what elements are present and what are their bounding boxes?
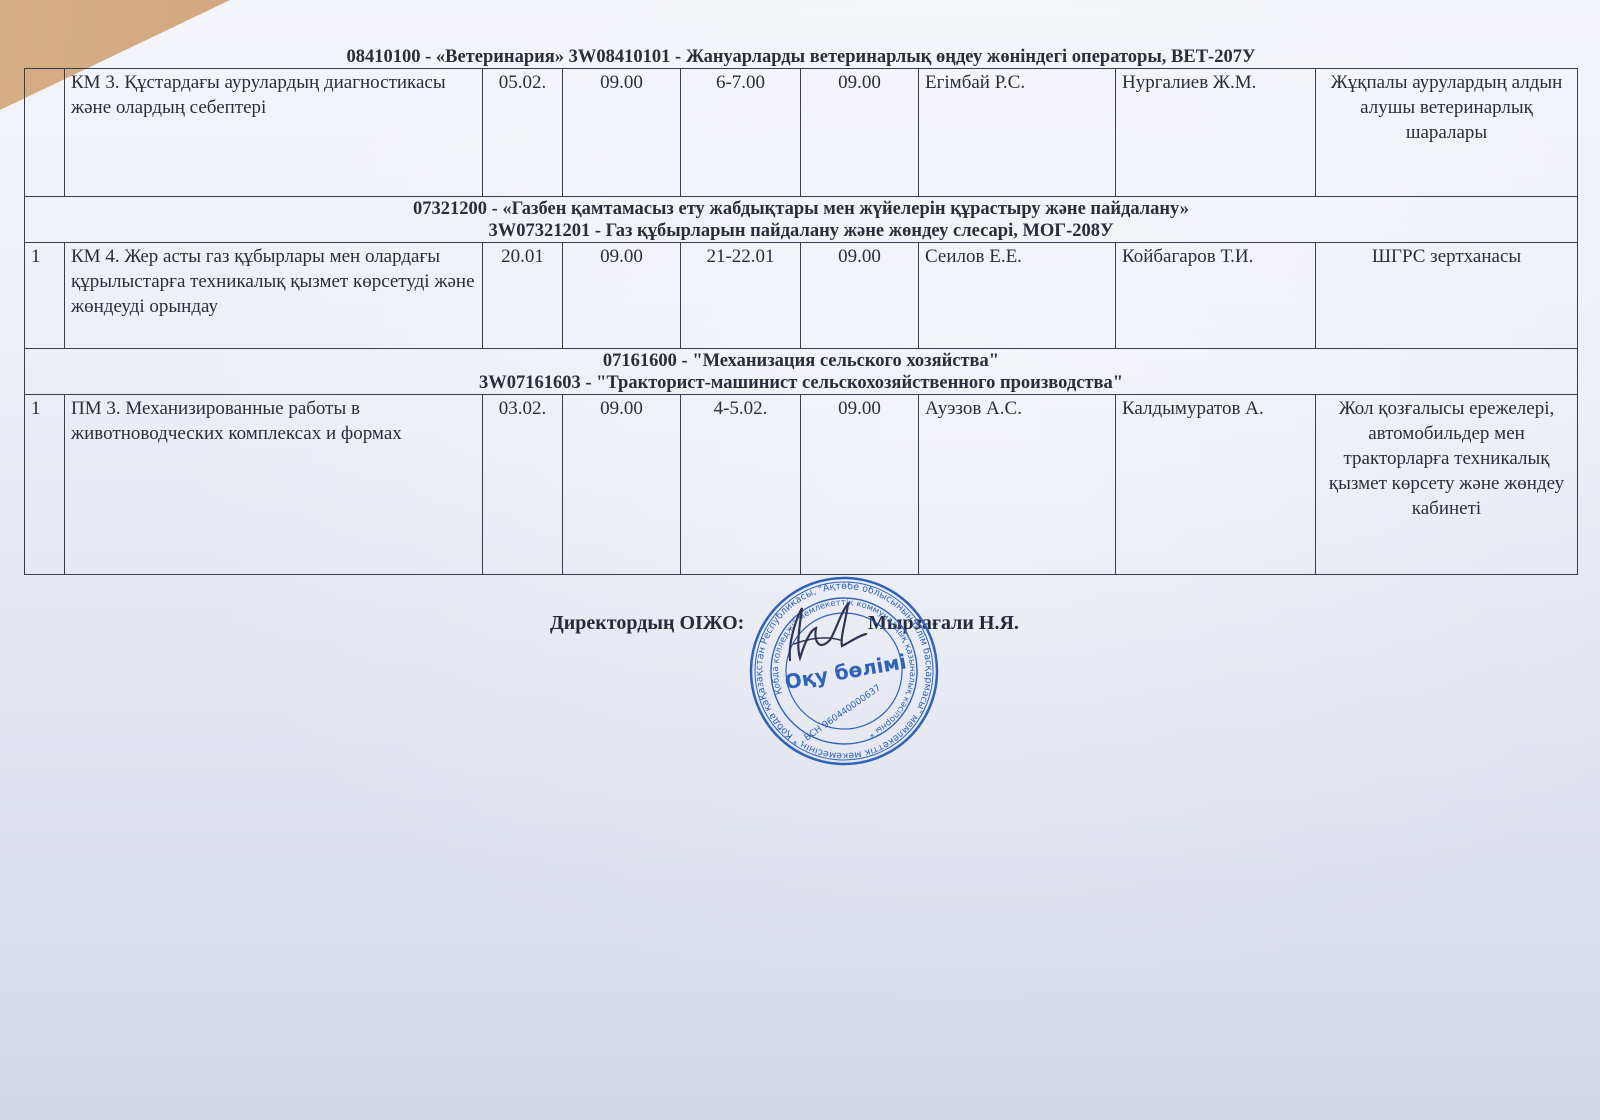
row-number: 1 bbox=[25, 243, 65, 349]
row-number: 1 bbox=[25, 69, 65, 197]
section-header-gas: 07321200 - «Газбен қамтамасыз ету жабдық… bbox=[25, 197, 1578, 243]
examiner-cell: Койбагаров Т.И. bbox=[1116, 243, 1316, 349]
date-exam-cell: 6-7.00 bbox=[681, 69, 801, 197]
time-exam-cell: 09.00 bbox=[801, 395, 919, 575]
section-header-row: 07321200 - «Газбен қамтамасыз ету жабдық… bbox=[25, 197, 1578, 243]
signature-block: Директордың ОІЖО: Мырзағали Н.Я. bbox=[550, 612, 744, 635]
module-cell: КМ 3. Құстардағы аурулардың диагностикас… bbox=[65, 69, 483, 197]
time-exam-cell: 09.00 bbox=[801, 243, 919, 349]
examiner-cell: Нургалиев Ж.М. bbox=[1116, 69, 1316, 197]
row-number: 1 bbox=[25, 395, 65, 575]
section-header-line: 3W07321201 - Газ құбырларын пайдалану жә… bbox=[31, 220, 1571, 242]
table-row: 1 КМ 4. Жер асты газ құбырлары мен олард… bbox=[25, 243, 1578, 349]
room-cell: Жұқпалы аурулардың алдын алушы ветеринар… bbox=[1316, 69, 1578, 197]
section-header-row: 08410100 - «Ветеринария» 3W08410101 - Жа… bbox=[25, 43, 1578, 69]
examiner-cell: Калдымуратов А. bbox=[1116, 395, 1316, 575]
exam-schedule-table: 08410100 - «Ветеринария» 3W08410101 - Жа… bbox=[24, 43, 1578, 575]
table-row: 1 КМ 3. Құстардағы аурулардың диагностик… bbox=[25, 69, 1578, 197]
date-exam-cell: 21-22.01 bbox=[681, 243, 801, 349]
time-start-cell: 09.00 bbox=[563, 395, 681, 575]
section-header-line: 07161600 - "Механизация сельского хозяйс… bbox=[31, 350, 1571, 372]
teacher-cell: Егімбай Р.С. bbox=[919, 69, 1116, 197]
section-header-line: 3W07161603 - "Тракторист-машинист сельск… bbox=[31, 372, 1571, 394]
teacher-cell: Сеилов Е.Е. bbox=[919, 243, 1116, 349]
section-header-line: 07321200 - «Газбен қамтамасыз ету жабдық… bbox=[31, 198, 1571, 220]
section-header-line: 08410100 - «Ветеринария» 3W08410101 - Жа… bbox=[31, 46, 1572, 68]
section-header-mechanization: 07161600 - "Механизация сельского хозяйс… bbox=[25, 349, 1578, 395]
room-cell: ШГРС зертханасы bbox=[1316, 243, 1578, 349]
date-start-cell: 20.01 bbox=[483, 243, 563, 349]
teacher-cell: Ауэзов А.С. bbox=[919, 395, 1116, 575]
time-start-cell: 09.00 bbox=[563, 69, 681, 197]
signature-scribble-icon bbox=[770, 600, 870, 670]
section-header-veterinary: 08410100 - «Ветеринария» 3W08410101 - Жа… bbox=[25, 43, 1578, 69]
date-start-cell: 05.02. bbox=[483, 69, 563, 197]
module-cell: КМ 4. Жер асты газ құбырлары мен олардағ… bbox=[65, 243, 483, 349]
time-start-cell: 09.00 bbox=[563, 243, 681, 349]
table-row: 1 ПМ 3. Механизированные работы в животн… bbox=[25, 395, 1578, 575]
section-header-row: 07161600 - "Механизация сельского хозяйс… bbox=[25, 349, 1578, 395]
date-start-cell: 03.02. bbox=[483, 395, 563, 575]
room-cell: Жол қозғалысы ережелері, автомобильдер м… bbox=[1316, 395, 1578, 575]
module-cell: ПМ 3. Механизированные работы в животнов… bbox=[65, 395, 483, 575]
time-exam-cell: 09.00 bbox=[801, 69, 919, 197]
signature-role: Директордың ОІЖО: bbox=[550, 612, 744, 634]
date-exam-cell: 4-5.02. bbox=[681, 395, 801, 575]
